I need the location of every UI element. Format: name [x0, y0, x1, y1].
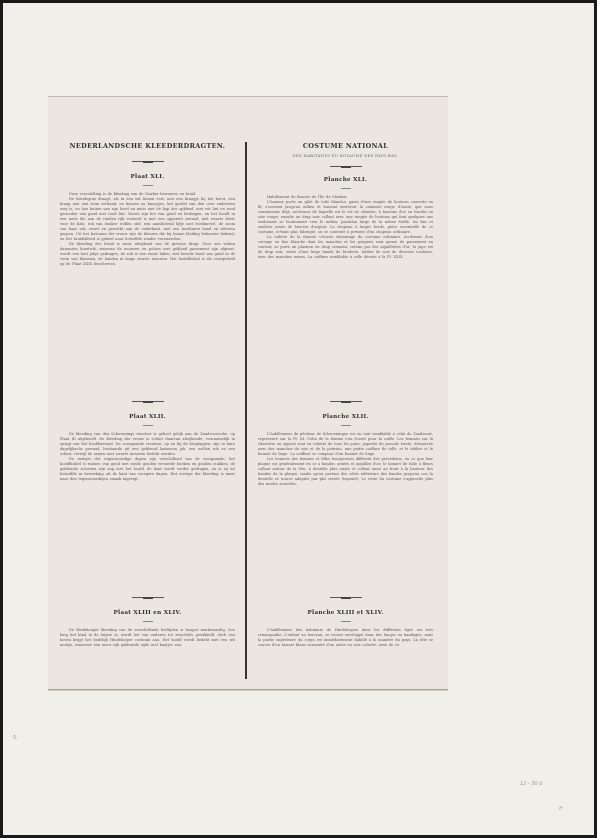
paragraph: De meisjes der tegenwoordige dagen zijn … — [60, 457, 235, 482]
paragraph: L'habillement du pêcheur de Scheveningue… — [258, 432, 433, 457]
short-rule — [143, 621, 153, 622]
short-rule — [341, 188, 351, 189]
french-title: COSTUME NATIONAL — [258, 142, 433, 150]
short-rule — [341, 425, 351, 426]
dutch-column: NEDERLANDSCHE KLEEDERDRAGTEN. Plaat XLI.… — [60, 97, 235, 268]
section-heading: Planche XLI. — [258, 177, 433, 183]
section-planche-xlii: Planche XLII. L'habillement du pêcheur d… — [258, 401, 433, 487]
section-planche-xli: Planche XLI. Habillement de fiancés de l… — [258, 177, 433, 260]
section-heading: Plaat XLI. — [60, 174, 235, 180]
paragraph: L'homme porte un gilet de toile blanche,… — [258, 200, 433, 235]
section-heading: Plaat XLIII en XLIV. — [60, 610, 235, 616]
french-subtitle: DES HABITANTS DU ROYAUME DES PAYS-BAS. — [258, 153, 433, 158]
ornamental-rule — [132, 597, 164, 598]
mat-board: NEDERLANDSCHE KLEEDERDRAGTEN. Plaat XLI.… — [3, 3, 594, 835]
paragraph: De bruidegom draagt, als in een wit linn… — [60, 197, 235, 242]
short-rule — [143, 425, 153, 426]
paragraph: De kleeding der bruid is meer afwijkend … — [60, 242, 235, 267]
section-plaat-xliii-xliv: Plaat XLIII en XLIV. De Hindelooper klee… — [60, 597, 235, 648]
margin-note-left: 5. — [13, 735, 18, 741]
margin-initials: fr — [559, 806, 563, 812]
ornamental-rule — [330, 166, 362, 167]
section-heading: Plaat XLII. — [60, 414, 235, 420]
printed-sheet: NEDERLANDSCHE KLEEDERDRAGTEN. Plaat XLI.… — [48, 96, 448, 690]
section-planche-xliii-xliv: Planche XLIII et XLIV. L'habillement des… — [258, 597, 433, 648]
section-plaat-xlii: Plaat XLII. De kleeding van den Scheveni… — [60, 401, 235, 482]
ornamental-rule — [132, 161, 164, 162]
ornamental-rule — [132, 401, 164, 402]
paragraph: Les bonnets des femmes et filles bourgeo… — [258, 457, 433, 487]
paragraph: De kleeding van den Schevenings visscher… — [60, 432, 235, 457]
french-column: COSTUME NATIONAL DES HABITANTS DU ROYAUM… — [258, 97, 433, 260]
paragraph: L'habillement des habitants de Hindeloop… — [258, 628, 433, 648]
paragraph: De Hindelooper kleeding van de verschill… — [60, 628, 235, 648]
dutch-title: NEDERLANDSCHE KLEEDERDRAGTEN. — [60, 142, 235, 150]
column-divider — [245, 142, 247, 679]
section-heading: Planche XLIII et XLIV. — [258, 610, 433, 616]
short-rule — [341, 621, 351, 622]
short-rule — [143, 185, 153, 186]
ornamental-rule — [330, 401, 362, 402]
ornamental-rule — [330, 597, 362, 598]
section-heading: Planche XLII. — [258, 414, 433, 420]
paragraph: La toilette de la fiancée s'écarte davan… — [258, 235, 433, 260]
section-plaat-xli: Plaat XLI. Deze voorstelling is de kleed… — [60, 174, 235, 268]
margin-note-right: 12 - 30 b — [520, 781, 542, 787]
